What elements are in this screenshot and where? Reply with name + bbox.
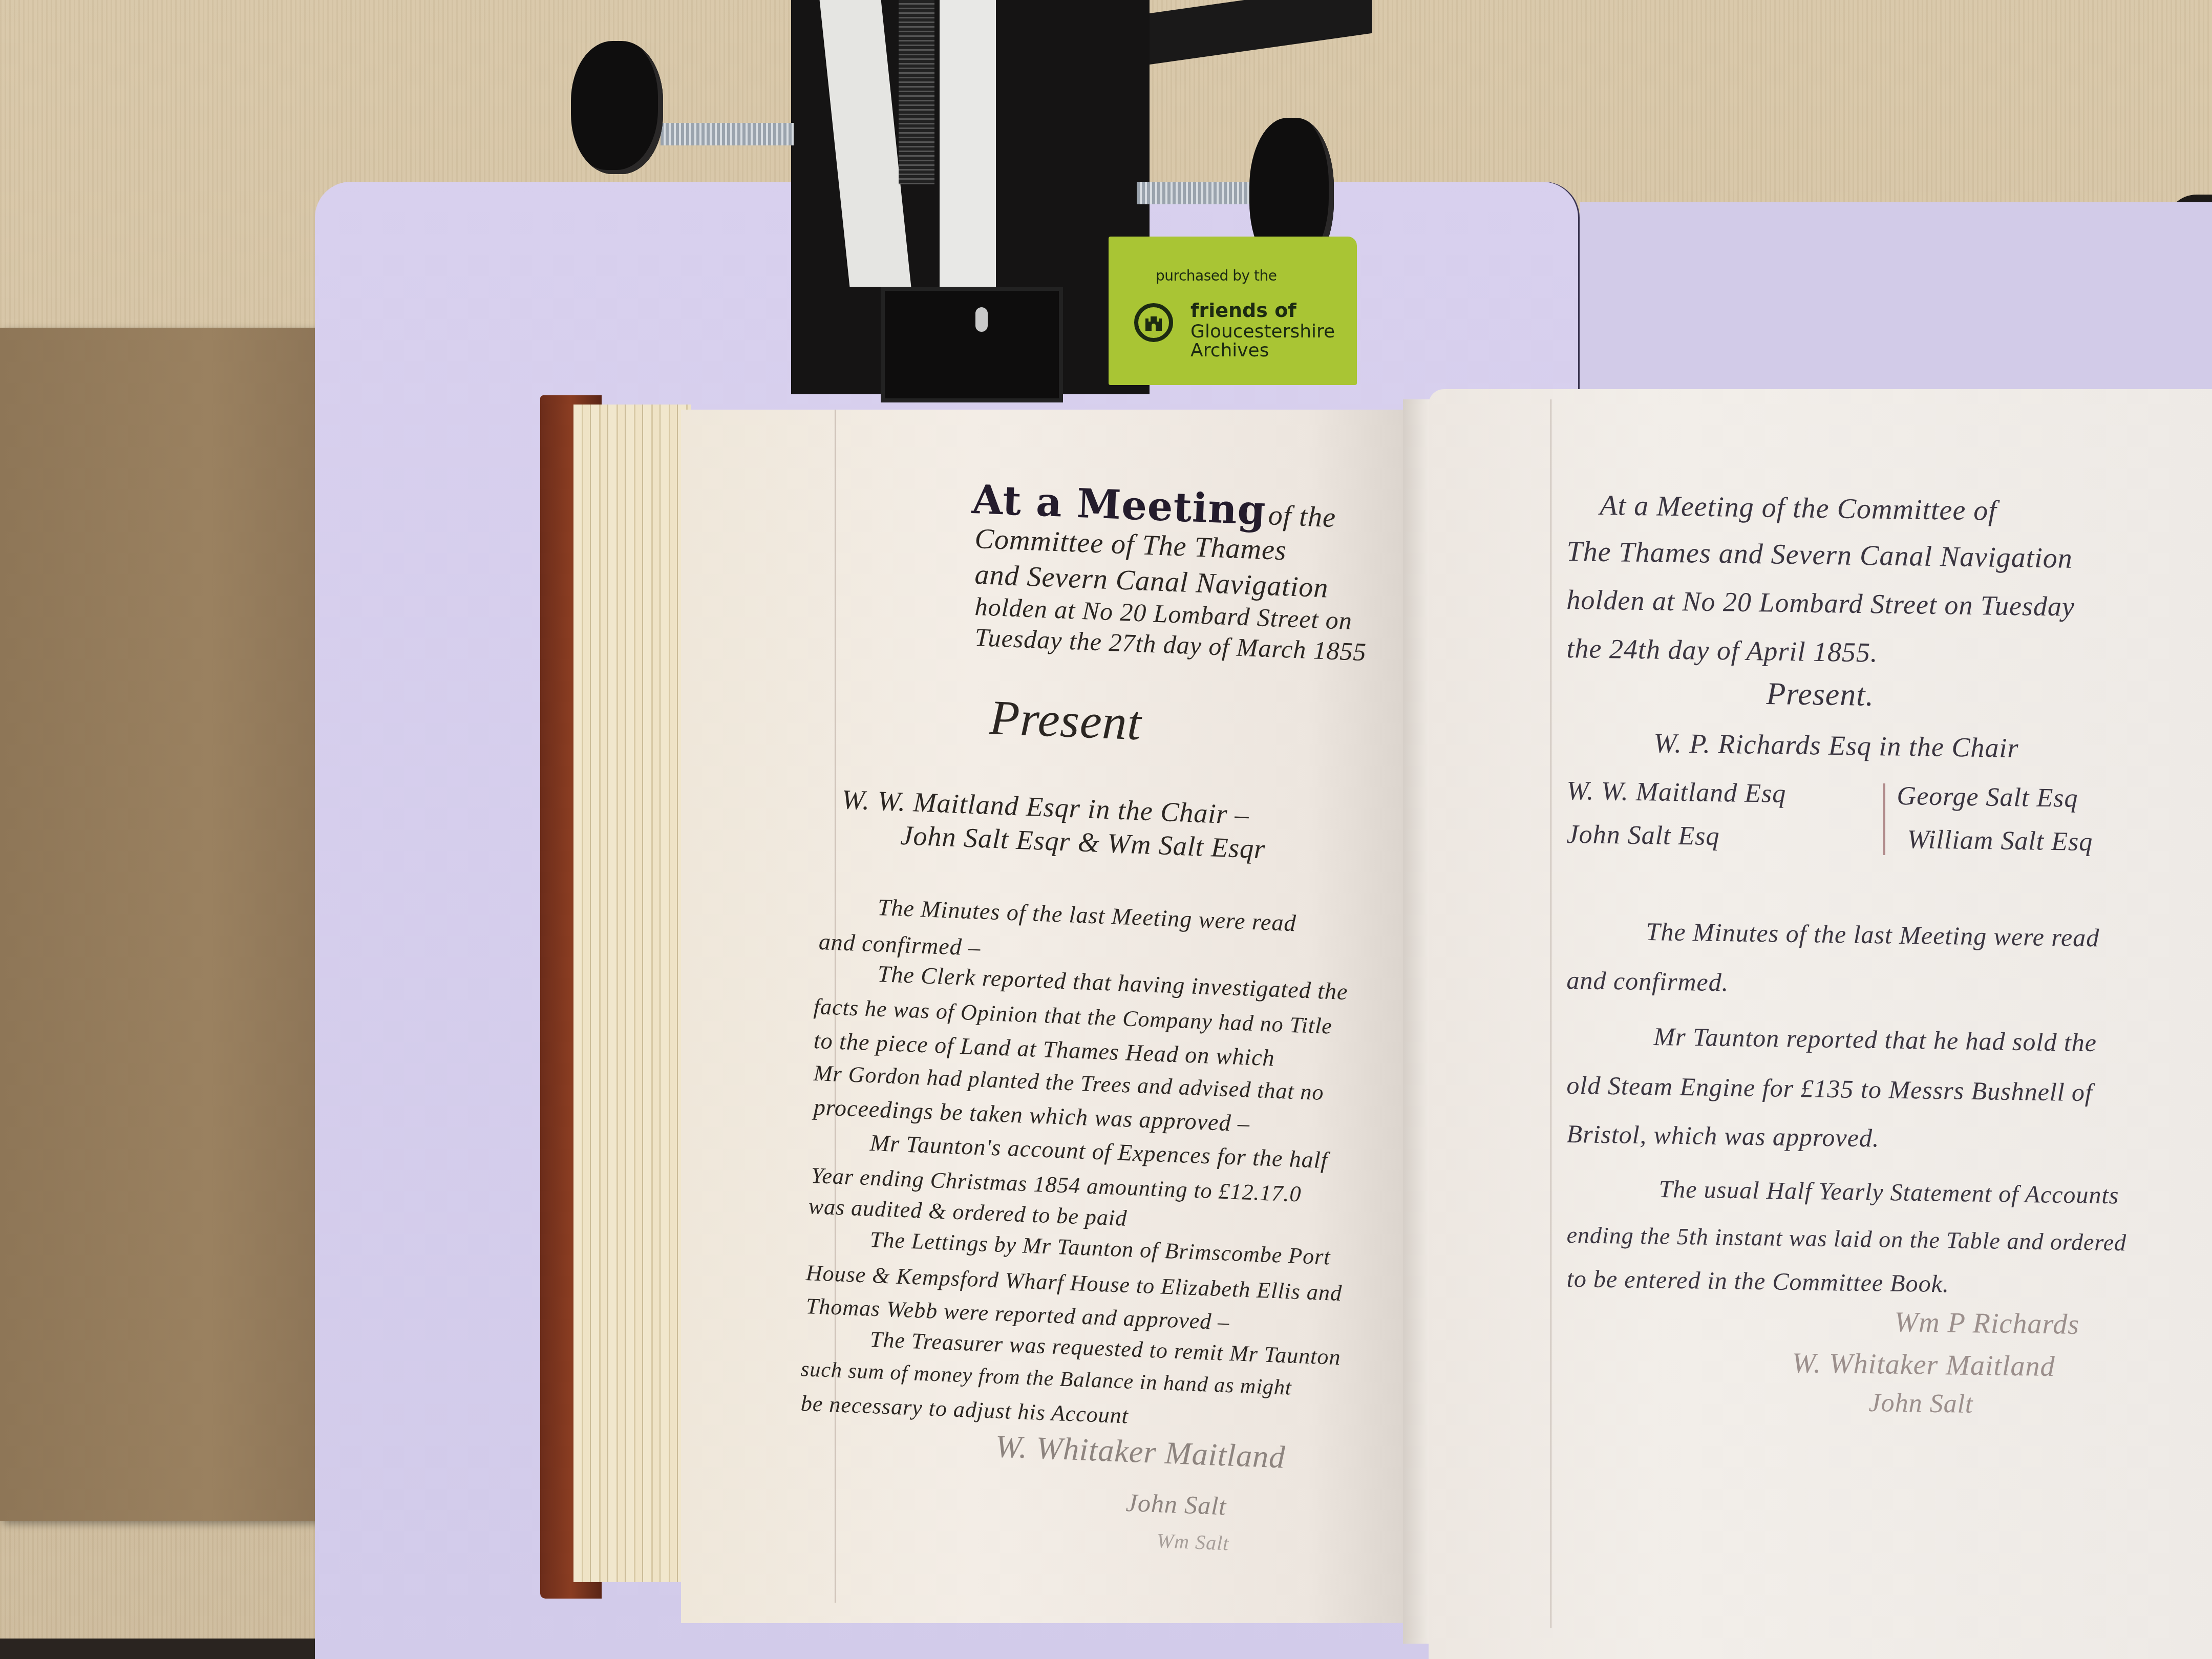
page-edges — [573, 405, 691, 1582]
heading-line: the 24th day of April 1855. — [1566, 632, 1878, 668]
minutes-line: Mr Taunton reported that he had sold the — [1653, 1022, 2097, 1057]
signature: Wm Salt — [1156, 1528, 1229, 1555]
attendee-line: George Salt Esq — [1897, 781, 2078, 814]
minutes-line: and confirmed. — [1566, 965, 1729, 997]
chair-line: W. P. Richards Esq in the Chair — [1653, 727, 2019, 764]
signature: W. Whitaker Maitland — [1792, 1347, 2055, 1383]
minutes-line: The Minutes of the last Meeting were rea… — [1646, 917, 2099, 952]
signature: Wm P Richards — [1894, 1306, 2079, 1341]
friends-sticker: purchased by the friends of Gloucestersh… — [1109, 237, 1357, 385]
stand-rail — [940, 0, 996, 287]
stand-clamp — [881, 287, 1063, 402]
threaded-rod — [1137, 182, 1254, 204]
attendee-line: John Salt Esq — [1566, 819, 1720, 852]
stand-rack — [899, 0, 934, 184]
heading-line: of the — [1268, 499, 1336, 534]
present-label: Present — [989, 689, 1143, 751]
castle-seal-icon — [1134, 303, 1173, 342]
present-label: Present. — [1766, 676, 1875, 714]
archive-box-left — [0, 328, 355, 1521]
minutes-line: Bristol, which was approved. — [1566, 1119, 1880, 1153]
sticker-line: Gloucestershire — [1190, 323, 1335, 341]
attendee-divider — [1883, 783, 1885, 855]
minutes-line: to be entered in the Committee Book. — [1566, 1265, 1949, 1298]
clamp-knob-left[interactable] — [571, 41, 663, 174]
heading-line: At a Meeting of the Committee of — [1600, 489, 1997, 527]
sticker-line: Archives — [1190, 342, 1269, 360]
attendee-line: William Salt Esq — [1907, 824, 2093, 857]
threaded-rod — [661, 123, 794, 145]
sticker-line: friends of — [1190, 301, 1296, 320]
screw-icon — [975, 307, 988, 332]
margin-rule — [1550, 399, 1551, 1628]
attendee-line: W. W. Maitland Esq — [1566, 776, 1786, 809]
signature: John Salt — [1868, 1388, 1973, 1419]
sticker-line: purchased by the — [1156, 267, 1277, 284]
signature: John Salt — [1125, 1487, 1227, 1521]
